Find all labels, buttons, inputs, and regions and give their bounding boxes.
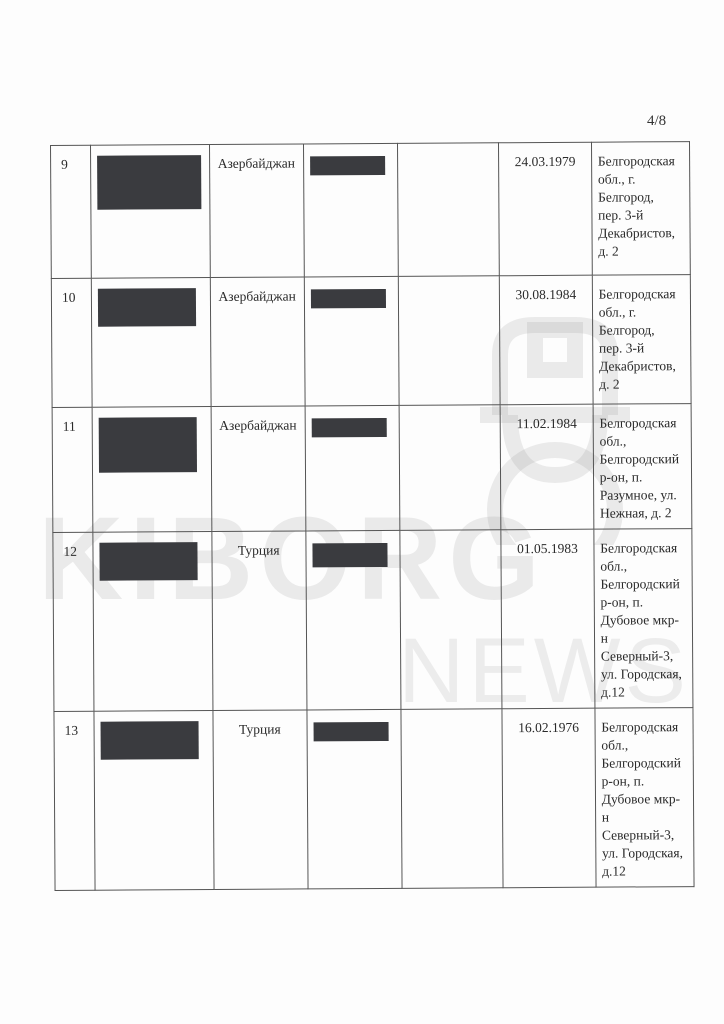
table-row: 10 Азербайджан 30.08.1984 Белгородская о… [51,275,691,408]
redaction-box [312,418,387,437]
redaction-box [98,288,196,327]
address-line: Северный-3, [602,826,687,845]
address-line: Белгородский [600,575,685,594]
row-number: 11 [52,407,93,532]
empty-cell [401,709,503,889]
address-line: Декабристов, [598,224,683,243]
address-cell: Белгородская обл., г. Белгород, пер. 3-й… [591,142,690,276]
row-number: 9 [51,145,92,278]
address-line: Нежная, д. 2 [600,504,685,523]
birth-date-cell: 24.03.1979 [499,142,592,276]
redaction-box [313,722,388,741]
empty-cell [399,405,501,531]
country-cell: Турция [211,531,307,711]
address-cell: Белгородская обл., Белгородский р-он, п.… [595,708,694,888]
address-line: Разумное, ул. [600,486,685,505]
redaction-box [310,156,385,175]
document-cell [304,276,399,406]
table-row: 11 Азербайджан 11.02.1984 Белгородская о… [52,404,692,533]
document-cell [307,709,402,889]
address-line: пер. 3-й [599,339,684,358]
address-line: д. 2 [598,242,683,261]
document-cell [305,405,400,531]
address-line: обл., [600,557,685,576]
address-line: пер. 3-й [598,206,683,225]
redaction-box [97,155,201,210]
address-line: р-он, п. [602,772,687,791]
persons-table: 9 Азербайджан 24.03.1979 Белгородская об… [50,141,695,891]
address-line: р-он, п. [600,468,685,487]
country-cell: Азербайджан [211,406,306,532]
name-cell [93,532,213,712]
address-line: Белгородская [601,718,686,737]
address-line: Белгородская [599,285,684,304]
name-cell [94,711,214,891]
address-cell: Белгородская обл., Белгородский р-он, п.… [593,404,692,530]
address-line: Белгород, [599,321,684,340]
address-line: Белгородская [600,539,685,558]
address-cell: Белгородская обл., Белгородский р-он, п.… [594,529,693,709]
country-cell: Азербайджан [210,277,305,407]
birth-date-cell: 11.02.1984 [500,404,593,530]
empty-cell [398,143,500,277]
address-line: Белгородская [599,414,684,433]
birth-date-cell: 01.05.1983 [501,529,595,709]
row-number: 12 [53,532,94,711]
empty-cell [400,530,502,710]
empty-cell [398,276,500,406]
address-line: обл., [601,736,686,755]
address-line: ул. Городская, [602,844,687,863]
page-number: 4/8 [647,113,666,130]
table-row: 13 Турция 16.02.1976 Белгородская обл., … [54,708,694,891]
address-line: д.12 [601,683,686,702]
row-number: 10 [51,278,92,407]
document-cell [306,530,401,710]
address-line: Дубовое мкр-н [602,790,687,827]
country-cell: Азербайджан [209,144,304,278]
address-line: обл., г. [598,170,683,189]
name-cell [90,145,210,279]
birth-date-cell: 16.02.1976 [502,708,596,888]
address-cell: Белгородская обл., г. Белгород, пер. 3-й… [592,275,691,405]
table-row: 12 Турция 01.05.1983 Белгородская обл., … [53,529,693,712]
redaction-box [100,721,198,760]
address-line: Дубовое мкр-н [601,611,686,648]
address-line: обл., [599,432,684,451]
redaction-box [98,417,196,473]
address-line: Белгородский [600,450,685,469]
name-cell [92,407,212,533]
row-number: 13 [54,711,95,890]
country-cell: Турция [212,710,308,890]
redaction-box [312,543,387,567]
address-line: р-он, п. [600,593,685,612]
address-line: д.12 [602,862,687,881]
table-row: 9 Азербайджан 24.03.1979 Белгородская об… [51,142,691,279]
name-cell [91,278,211,408]
address-line: ул. Городская, [601,665,686,684]
redaction-box [311,289,386,308]
address-line: Северный-3, [601,647,686,666]
redaction-box [99,542,197,581]
address-line: обл., г. [599,303,684,322]
address-line: Белгородская [598,152,683,171]
address-line: д. 2 [599,375,684,394]
document-cell [303,143,398,277]
birth-date-cell: 30.08.1984 [500,275,593,405]
address-line: Белгород, [598,188,683,207]
address-line: Белгородский [601,754,686,773]
address-line: Декабристов, [599,357,684,376]
